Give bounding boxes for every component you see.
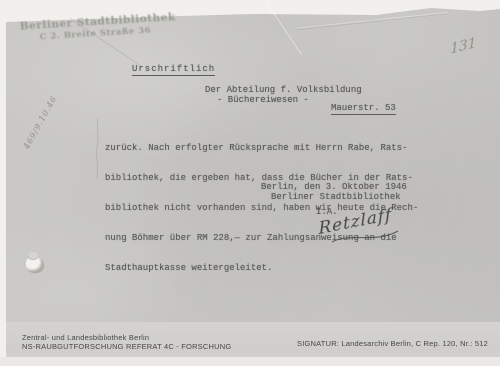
body-line: Stadthauptkasse weitergeleitet.: [105, 263, 418, 273]
recipient-line-1: Der Abteilung f. Volksbildung: [205, 85, 362, 95]
signature-flourish: [330, 230, 400, 244]
scanned-document-page: Berliner Stadtbibliothek C 2. Breite Str…: [0, 0, 500, 366]
body-line: zurück. Nach erfolgter Rücksprache mit H…: [105, 143, 418, 153]
scan-bottom-margin: [0, 357, 500, 366]
archive-department: NS-RAUBGUTFORSCHUNG REFERAT 4C - FORSCHU…: [22, 342, 231, 351]
recipient-line-2: - Büchereiwesen -: [217, 95, 309, 105]
dispatch-note: Urschriftlich: [132, 64, 215, 76]
archive-footer-left: Zentral- und Landesbibliothek Berlin NS-…: [22, 333, 231, 351]
recipient-address: Mauerstr. 53: [331, 103, 396, 115]
sender-line: Berliner Stadtbibliothek: [271, 192, 401, 202]
margin-pencil-mark: [94, 118, 102, 180]
archive-institution: Zentral- und Landesbibliothek Berlin: [22, 333, 231, 342]
archive-signature-reference: SIGNATUR: Landesarchiv Berlin, C Rep. 12…: [297, 339, 488, 348]
punch-hole: [26, 256, 43, 272]
date-line: Berlin, den 3. Oktober 1946: [261, 182, 407, 192]
